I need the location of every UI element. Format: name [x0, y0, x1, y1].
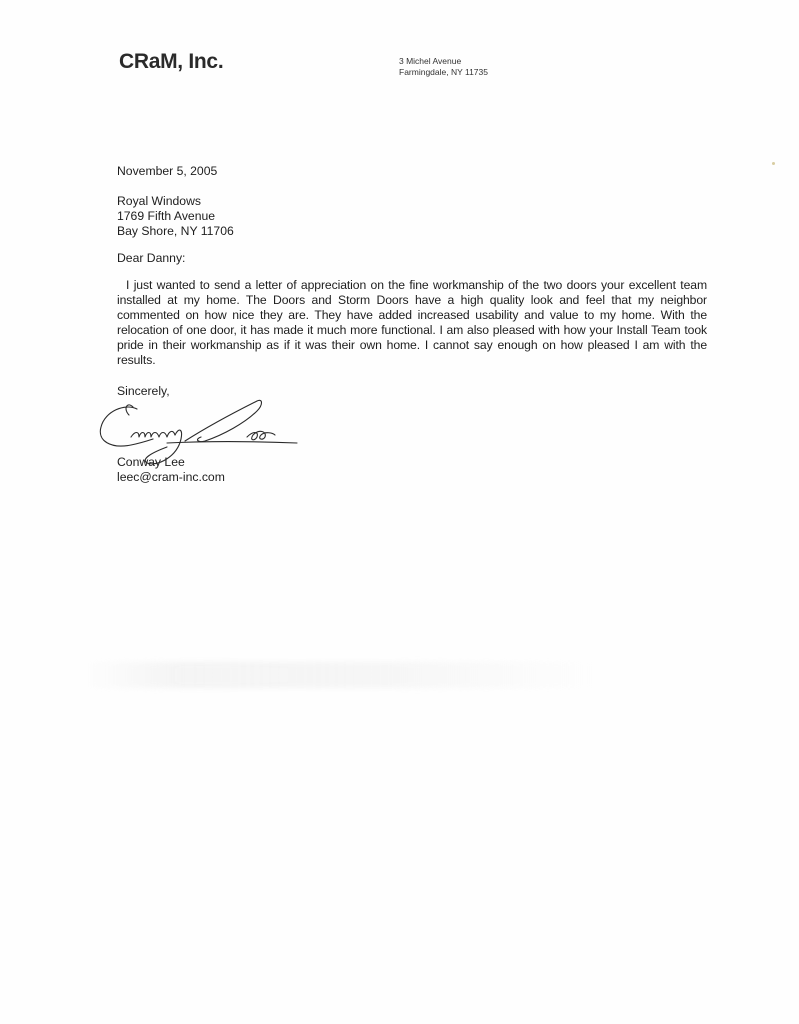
- letter-content: November 5, 2005 Royal Windows 1769 Fift…: [117, 164, 707, 485]
- salutation: Dear Danny:: [117, 251, 707, 266]
- letter-date: November 5, 2005: [117, 164, 707, 179]
- letter-page: CRaM, Inc. 3 Michel Avenue Farmingdale, …: [0, 0, 799, 1024]
- body-paragraph: I just wanted to send a letter of apprec…: [117, 278, 707, 368]
- company-address-line1: 3 Michel Avenue: [399, 56, 488, 67]
- signer-email: leec@cram-inc.com: [117, 470, 707, 485]
- recipient-name: Royal Windows: [117, 194, 707, 209]
- recipient-address: Royal Windows 1769 Fifth Avenue Bay Shor…: [117, 194, 707, 239]
- signature-icon: [97, 397, 707, 459]
- company-address-line2: Farmingdale, NY 11735: [399, 67, 488, 78]
- recipient-city: Bay Shore, NY 11706: [117, 224, 707, 239]
- scan-bleed-through: [80, 662, 600, 688]
- recipient-street: 1769 Fifth Avenue: [117, 209, 707, 224]
- scan-speck: [772, 162, 775, 165]
- company-name: CRaM, Inc.: [119, 50, 223, 74]
- company-address: 3 Michel Avenue Farmingdale, NY 11735: [399, 56, 488, 78]
